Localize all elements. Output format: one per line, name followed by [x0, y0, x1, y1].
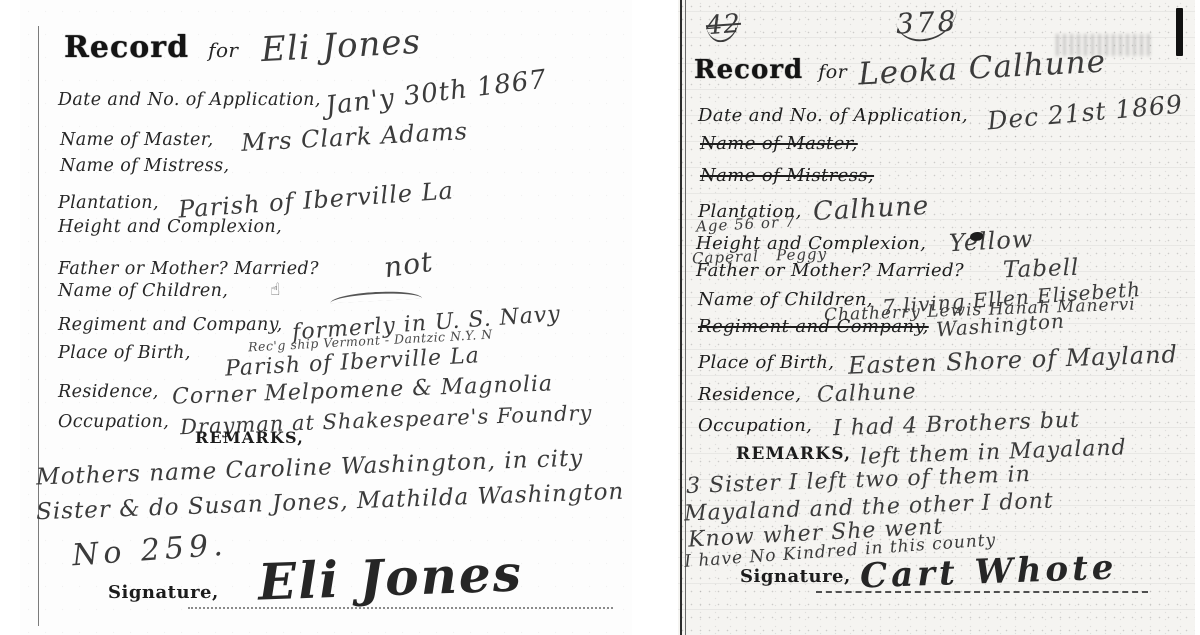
field-label-struck: Regiment and Company, [698, 316, 929, 337]
field-mistress: Name of Mistress, [700, 165, 874, 186]
remarks-line: Mayaland and the other I dont [684, 495, 1054, 520]
field-label: Occupation, [698, 415, 812, 436]
field-master: Name of Master, Mrs Clark Adams [60, 123, 468, 151]
remarks-label: REMARKS, [195, 428, 304, 447]
field-label: Name of Children, [58, 281, 228, 301]
field-parents-married: Father or Mother? Married? not [58, 248, 433, 281]
signature-label: Signature, [108, 582, 219, 603]
field-label: Occupation, [58, 412, 169, 432]
field-occupation: Occupation, I had 4 Brothers but [698, 412, 1080, 437]
handwritten-value: Calhune [816, 379, 916, 407]
field-birth-value: Parish of Iberville La [225, 350, 480, 375]
handwritten-signature: Cart Whote [859, 548, 1118, 597]
field-label: Name of Master, [60, 130, 214, 150]
left-record-page: Record for Eli Jones Date and No. of App… [20, 0, 632, 635]
handwritten-value: I had 4 Brothers but [833, 408, 1081, 442]
pen-dash-mark [330, 290, 422, 304]
right-page-rule-inner [685, 0, 686, 635]
remarks-label: REMARKS, [736, 444, 851, 464]
handwritten-value: Easten Shore of Mayland [847, 340, 1178, 379]
left-page-rule [38, 26, 39, 626]
handwritten-value: Jan'y 30th 1867 [324, 65, 548, 122]
field-mistress: Name of Mistress, [60, 156, 229, 176]
for-word: for [208, 38, 238, 62]
field-label: Height and Complexion, [58, 217, 282, 237]
record-holder-name: Leoka Calhune [857, 44, 1107, 93]
hand-cursor: ☝ [270, 280, 280, 300]
remarks-heading: REMARKS, [195, 428, 304, 447]
remarks-line: Mothers name Caroline Washington, in cit… [36, 455, 583, 481]
handwritten-value: Dec 21st 1869 [986, 90, 1184, 136]
handwritten-value: Calhune [812, 191, 930, 227]
field-parents-married: Father or Mother? Married? Tabell [696, 256, 1079, 282]
handwritten-value: Yellow [949, 225, 1035, 257]
page-number: 378 [896, 6, 958, 41]
field-residence: Residence, Calhune [698, 381, 916, 406]
scan-artifact-bar [1176, 8, 1183, 56]
field-application-value: Jan'y 30th 1867 [325, 78, 547, 108]
field-application: Date and No. of Application, Dec 21st 18… [698, 98, 1183, 127]
crossed-number: 42 [706, 10, 741, 42]
field-label: Residence, [698, 384, 801, 405]
record-heading: Record [694, 55, 803, 85]
right-record-header: Record for Leoka Calhune [694, 50, 1106, 86]
handwritten-value: Tabell [1003, 255, 1080, 284]
field-label: Plantation, [58, 193, 159, 213]
field-label: Residence, [58, 382, 159, 402]
for-word: for [818, 61, 847, 83]
field-label-struck: Name of Mistress, [700, 165, 874, 186]
remarks-heading: REMARKS, left them in Mayaland [736, 440, 1127, 465]
field-birth: Place of Birth, Easten Shore of Mayland [698, 346, 1177, 374]
signature-word: Signature, [740, 566, 851, 587]
handwritten-number: 378 [895, 4, 959, 42]
field-occupation: Occupation, Drayman at Shakespeare's Fou… [58, 408, 593, 432]
remarks-line: Sister & do Susan Jones, Mathilda Washin… [36, 489, 624, 515]
right-page-rule-outer [680, 0, 682, 635]
handwritten-number: No 259. [71, 528, 229, 574]
field-application: Date and No. of Application, [58, 90, 321, 110]
record-heading: Record [64, 30, 189, 65]
handwritten-number-crossed: 42 [705, 9, 742, 43]
scanned-record-documents: Record for Eli Jones Date and No. of App… [0, 0, 1200, 635]
field-label: Father or Mother? Married? [58, 259, 319, 279]
field-label: Father or Mother? Married? [696, 260, 964, 281]
field-label: Place of Birth, [58, 343, 191, 363]
field-label: Place of Birth, [698, 352, 834, 373]
right-record-page: 42 378 Record for Leoka Calhune Date and… [678, 0, 1195, 635]
field-master: Name of Master, [700, 133, 858, 154]
field-label-struck: Name of Master, [700, 133, 858, 154]
left-record-header: Record for Eli Jones [64, 26, 421, 66]
remarks-line: 3 Sister I left two of them in [686, 468, 1031, 493]
hand-cursor-icon: ☝ [270, 280, 280, 300]
field-height: Height and Complexion, [58, 217, 282, 237]
handwritten-signature: Eli Jones [257, 543, 524, 611]
field-birth: Place of Birth, [58, 343, 191, 363]
record-number: No 259. [72, 533, 228, 568]
signature-label: Signature, [740, 566, 851, 587]
signature-word: Signature, [108, 582, 219, 603]
handwritten-value: Mrs Clark Adams [240, 117, 468, 157]
record-holder-name: Eli Jones [261, 22, 423, 70]
field-regiment: Regiment and Company, Washington [698, 316, 1065, 337]
signature-name: Cart Whote [860, 552, 1117, 592]
field-plantation: Plantation, Parish of Iberville La [58, 186, 454, 214]
handwritten-value: not [382, 245, 435, 285]
signature-name: Eli Jones [258, 548, 523, 607]
field-label: Date and No. of Application, [698, 105, 968, 126]
field-residence: Residence, Corner Melpomene & Magnolia [58, 378, 553, 403]
field-children: Name of Children, [58, 281, 228, 301]
field-label: Date and No. of Application, [58, 90, 321, 110]
field-label: Name of Mistress, [60, 156, 229, 176]
